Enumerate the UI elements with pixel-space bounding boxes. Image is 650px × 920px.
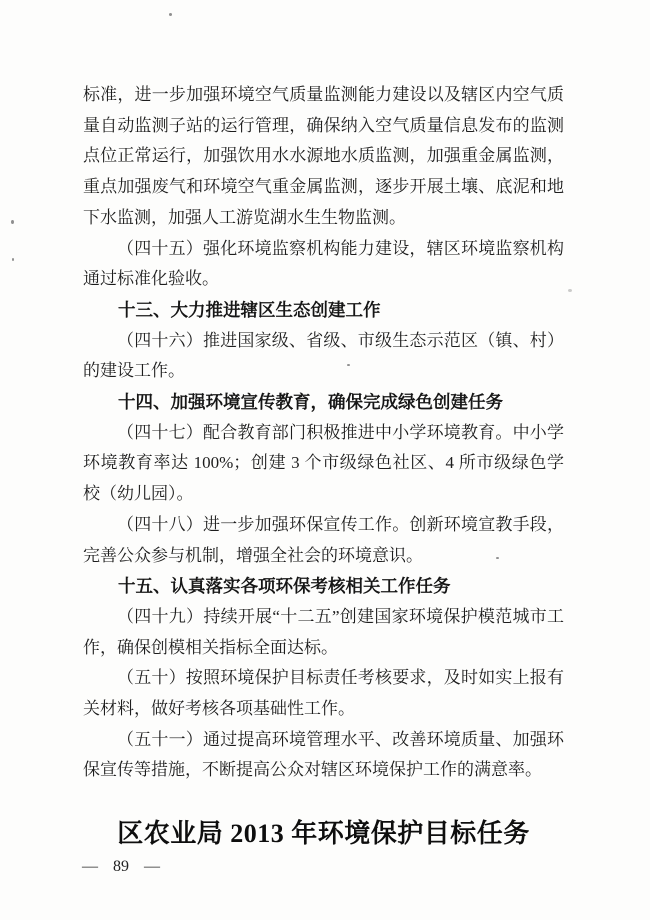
scanned-document-page: 标准，进一步加强环境空气质量监测能力建设以及辖区内空气质量自动监测子站的运行管理… (0, 0, 650, 920)
scan-speck (169, 13, 172, 16)
page-footer: — 89 — (82, 858, 160, 876)
section-heading: 十四、加强环境宣传教育，确保完成绿色创建任务 (83, 387, 564, 418)
scan-speck (12, 258, 14, 261)
body-paragraph: （五十一）通过提高环境管理水平、改善环境质量、加强环保宣传等措施，不断提高公众对… (83, 725, 564, 786)
section-heading: 十三、大力推进辖区生态创建工作 (83, 295, 564, 326)
body-paragraph: （五十）按照环境保护目标责任考核要求，及时如实上报有关材料，做好考核各项基础性工… (83, 663, 564, 724)
body-paragraph: （四十九）持续开展“十二五”创建国家环境保护模范城市工作，确保创模相关指标全面达… (83, 602, 564, 663)
body-paragraph: （四十七）配合教育部门积极推进中小学环境教育。中小学环境教育率达 100%；创建… (83, 418, 564, 510)
body-paragraph: （四十八）进一步加强环保宣传工作。创新环境宣教手段，完善公众参与机制，增强全社会… (83, 510, 564, 571)
scan-speck (568, 289, 572, 292)
body-paragraph: （四十五）强化环境监察机构能力建设，辖区环境监察机构通过标准化验收。 (83, 234, 564, 295)
body-paragraph: 标准，进一步加强环境空气质量监测能力建设以及辖区内空气质量自动监测子站的运行管理… (83, 80, 564, 234)
footer-right-dash: — (144, 858, 160, 876)
body-paragraph: （四十六）推进国家级、省级、市级生态示范区（镇、村）的建设工作。 (83, 326, 564, 387)
section-heading: 十五、认真落实各项环保考核相关工作任务 (83, 571, 564, 602)
footer-left-dash: — (82, 858, 98, 876)
next-section-title: 区农业局 2013 年环境保护目标任务 (83, 816, 564, 852)
document-body: 标准，进一步加强环境空气质量监测能力建设以及辖区内空气质量自动监测子站的运行管理… (83, 80, 564, 852)
page-number: 89 (113, 858, 129, 876)
scan-speck (11, 220, 14, 224)
